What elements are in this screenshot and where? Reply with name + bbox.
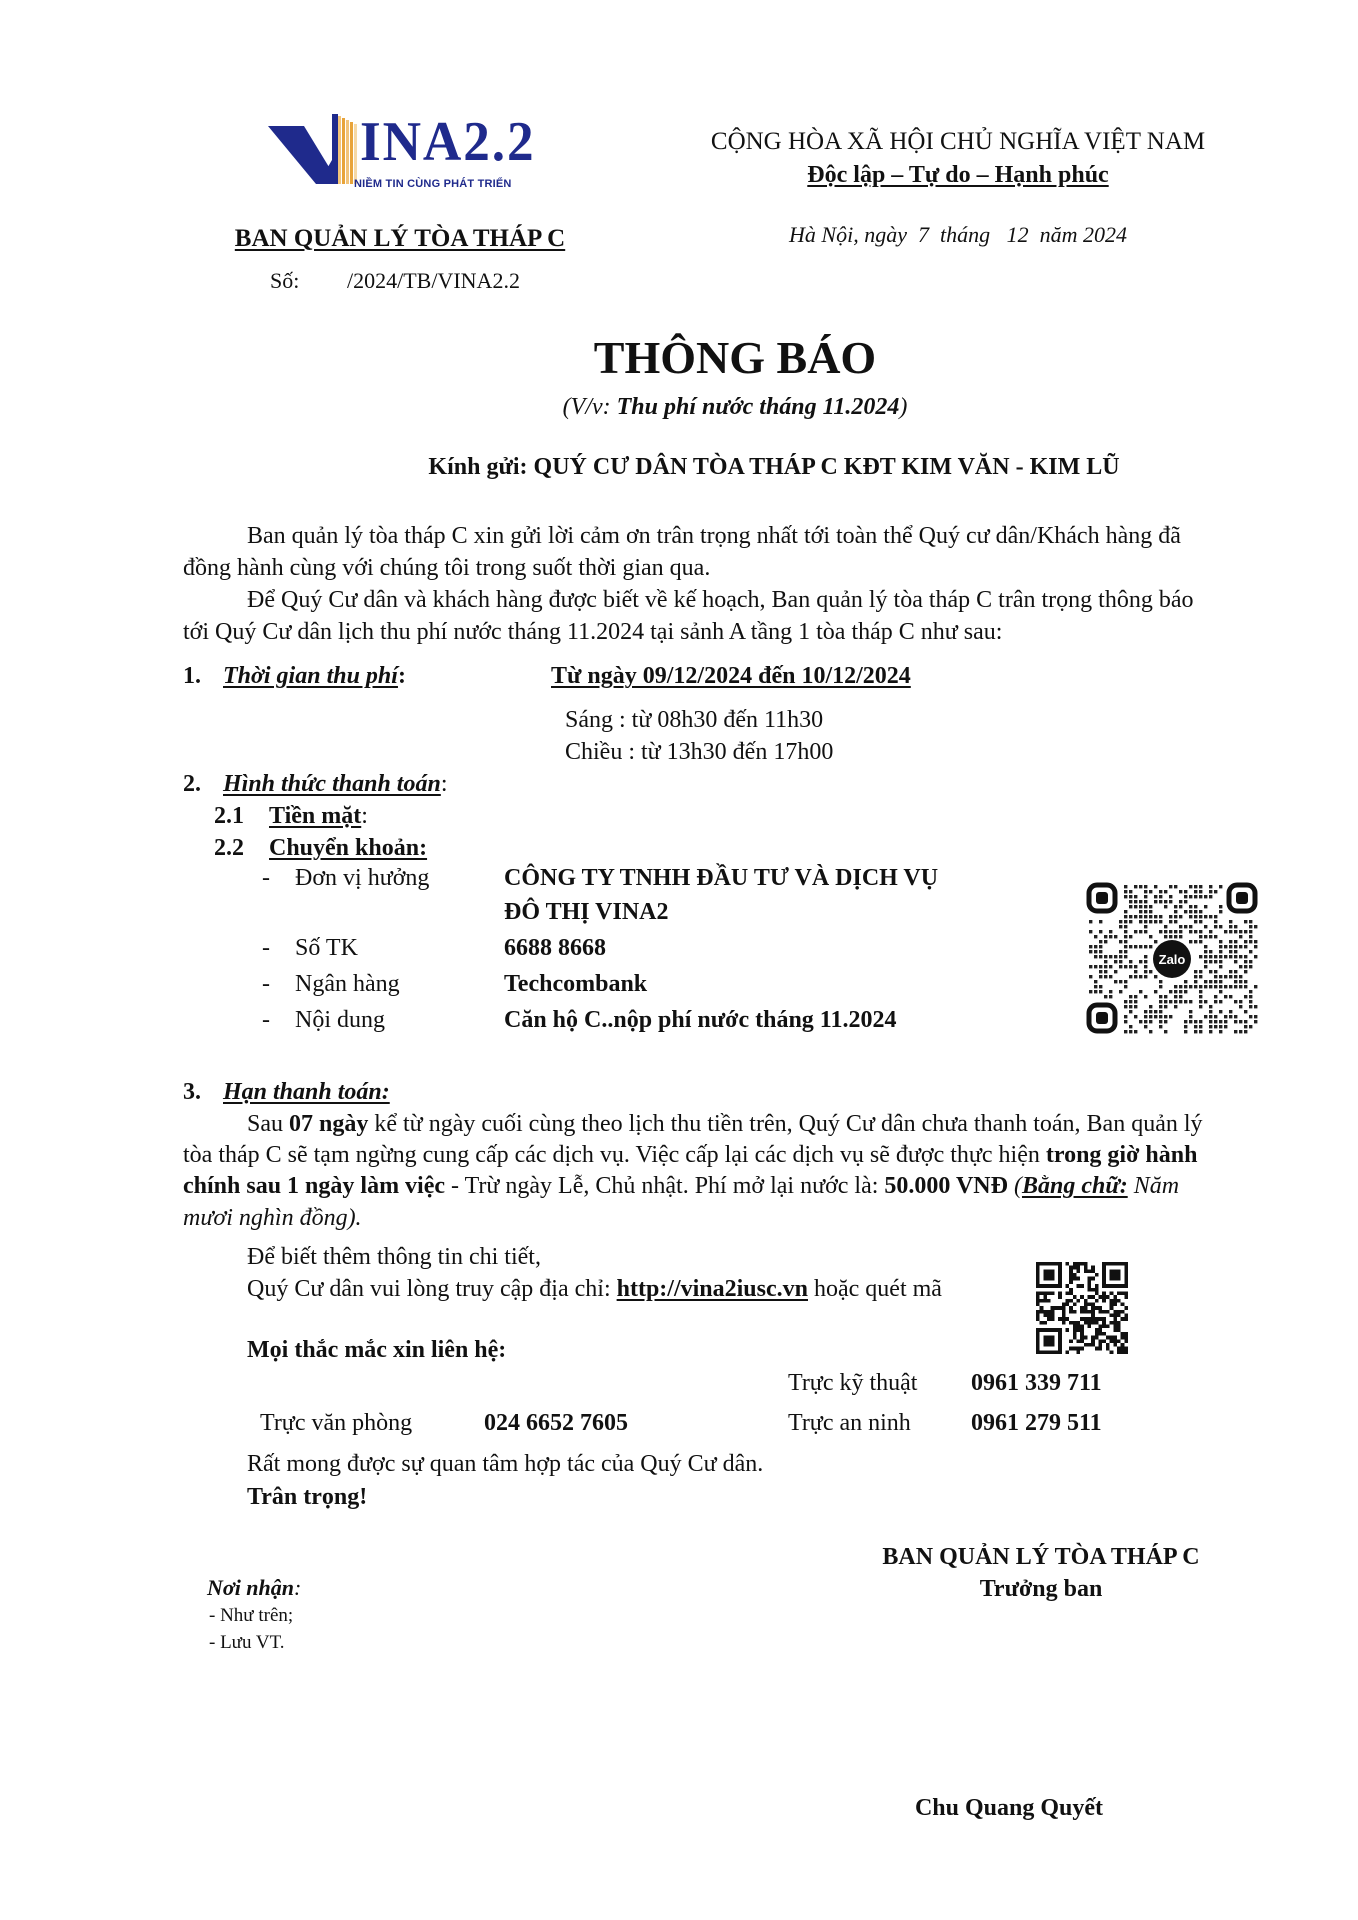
nation-title: CỘNG HÒA XÃ HỘI CHỦ NGHĨA VIỆT NAM [711, 129, 1205, 154]
info-line2: Quý Cư dân vui lòng truy cập địa chỉ: ht… [247, 1277, 942, 1301]
signer-org: BAN QUẢN LÝ TÒA THÁP C [882, 1545, 1199, 1569]
transfer-label: Chuyển khoản: [269, 836, 427, 860]
section3-line1: Sau 07 ngày kể từ ngày cuối cùng theo lị… [247, 1112, 1203, 1136]
contact-phone-office[interactable]: 024 6652 7605 [484, 1411, 628, 1435]
section1-heading: Thời gian thu phí: [223, 664, 406, 688]
closing-line: Rất mong được sự quan tâm hợp tác của Qu… [247, 1452, 763, 1476]
section2-number: 2. [183, 772, 201, 796]
section1-number: 1. [183, 664, 201, 688]
zalo-qr-code-icon[interactable]: Zalo [1077, 873, 1267, 1043]
doc-number-label: Số: [270, 270, 299, 292]
website-link[interactable]: http://vina2iusc.vn [617, 1276, 808, 1302]
beneficiary-label: Đơn vị hưởng [295, 866, 429, 890]
cash-number: 2.1 [214, 804, 244, 828]
regards: Trân trọng! [247, 1485, 367, 1509]
recipients-heading: Nơi nhận: [207, 1577, 301, 1599]
beneficiary-value: CÔNG TY TNHH ĐẦU TƯ VÀ DỊCH VỤ [504, 866, 938, 890]
beneficiary-value-line2: ĐÔ THỊ VINA2 [504, 900, 668, 924]
section3-line4: mươi nghìn đồng). [183, 1206, 362, 1230]
section2-heading: Hình thức thanh toán: [223, 772, 447, 796]
account-number-value: 6688 8668 [504, 936, 606, 960]
recipient-item: - Lưu VT. [209, 1633, 285, 1652]
bank-row-dash: - [262, 1008, 270, 1032]
section3-heading: Hạn thanh toán: [223, 1080, 390, 1104]
contact-phone-security[interactable]: 0961 279 511 [971, 1411, 1102, 1435]
bank-row-dash: - [262, 866, 270, 890]
intro-p1-line1: Ban quản lý tòa tháp C xin gửi lời cảm ơ… [247, 524, 1181, 548]
national-motto: Độc lập – Tự do – Hạnh phúc [807, 163, 1108, 187]
account-number-label: Số TK [295, 936, 358, 960]
transfer-content-value: Căn hộ C..nộp phí nước tháng 11.2024 [504, 1008, 896, 1032]
bank-row-dash: - [262, 936, 270, 960]
recipient-line: Kính gửi: QUÝ CƯ DÂN TÒA THÁP C KĐT KIM … [428, 455, 1119, 479]
contact-label-office: Trực văn phòng [260, 1411, 412, 1435]
section3-line2: tòa tháp C sẽ tạm ngừng cung cấp các dịc… [183, 1143, 1197, 1167]
morning-hours: Sáng : từ 08h30 đến 11h30 [565, 708, 823, 732]
intro-p2-line2: tới Quý Cư dân lịch thu phí nước tháng 1… [183, 620, 1002, 644]
bank-name-value: Techcombank [504, 972, 647, 996]
bank-row-dash: - [262, 972, 270, 996]
logo-slogan: NIỀM TIN CÙNG PHÁT TRIỂN [354, 178, 512, 190]
svg-text:Zalo: Zalo [1159, 952, 1186, 967]
contact-label-security: Trực an ninh [788, 1411, 911, 1435]
signer-name: Chu Quang Quyết [915, 1796, 1103, 1820]
section3-number: 3. [183, 1080, 201, 1104]
contacts-heading: Mọi thắc mắc xin liên hệ: [247, 1338, 506, 1362]
contact-label-technical: Trực kỹ thuật [788, 1371, 917, 1395]
collection-date-range: Từ ngày 09/12/2024 đến 10/12/2024 [551, 664, 911, 688]
afternoon-hours: Chiều : từ 13h30 đến 17h00 [565, 740, 833, 764]
issuer-name: BAN QUẢN LÝ TÒA THÁP C [235, 226, 565, 251]
info-line1: Để biết thêm thông tin chi tiết, [247, 1245, 541, 1269]
section3-line3: chính sau 1 ngày làm việc - Trừ ngày Lễ,… [183, 1174, 1179, 1198]
contact-phone-technical[interactable]: 0961 339 711 [971, 1371, 1102, 1395]
page-title: THÔNG BÁO [594, 335, 876, 381]
intro-p1-line2: đồng hành cùng với chúng tôi trong suốt … [183, 556, 710, 580]
doc-number: /2024/TB/VINA2.2 [347, 270, 520, 292]
recipient-item: - Như trên; [209, 1606, 293, 1625]
signer-title: Trưởng ban [980, 1577, 1103, 1601]
intro-p2-line1: Để Quý Cư dân và khách hàng được biết về… [247, 588, 1193, 612]
transfer-number: 2.2 [214, 836, 244, 860]
date-line: Hà Nội, ngày 7 tháng 12 năm 2024 [789, 224, 1127, 246]
transfer-content-label: Nội dung [295, 1008, 385, 1032]
cash-label: Tiền mặt: [269, 804, 368, 828]
website-qr-code-icon[interactable] [1034, 1262, 1130, 1354]
company-logo: INA2.2 NIỀM TIN CÙNG PHÁT TRIỂN [268, 110, 518, 198]
logo-wordmark: INA2.2 [360, 114, 535, 170]
bank-name-label: Ngân hàng [295, 972, 400, 996]
vina22-logo-icon [268, 114, 364, 184]
subject-line: (V/v: Thu phí nước tháng 11.2024) [563, 395, 908, 419]
